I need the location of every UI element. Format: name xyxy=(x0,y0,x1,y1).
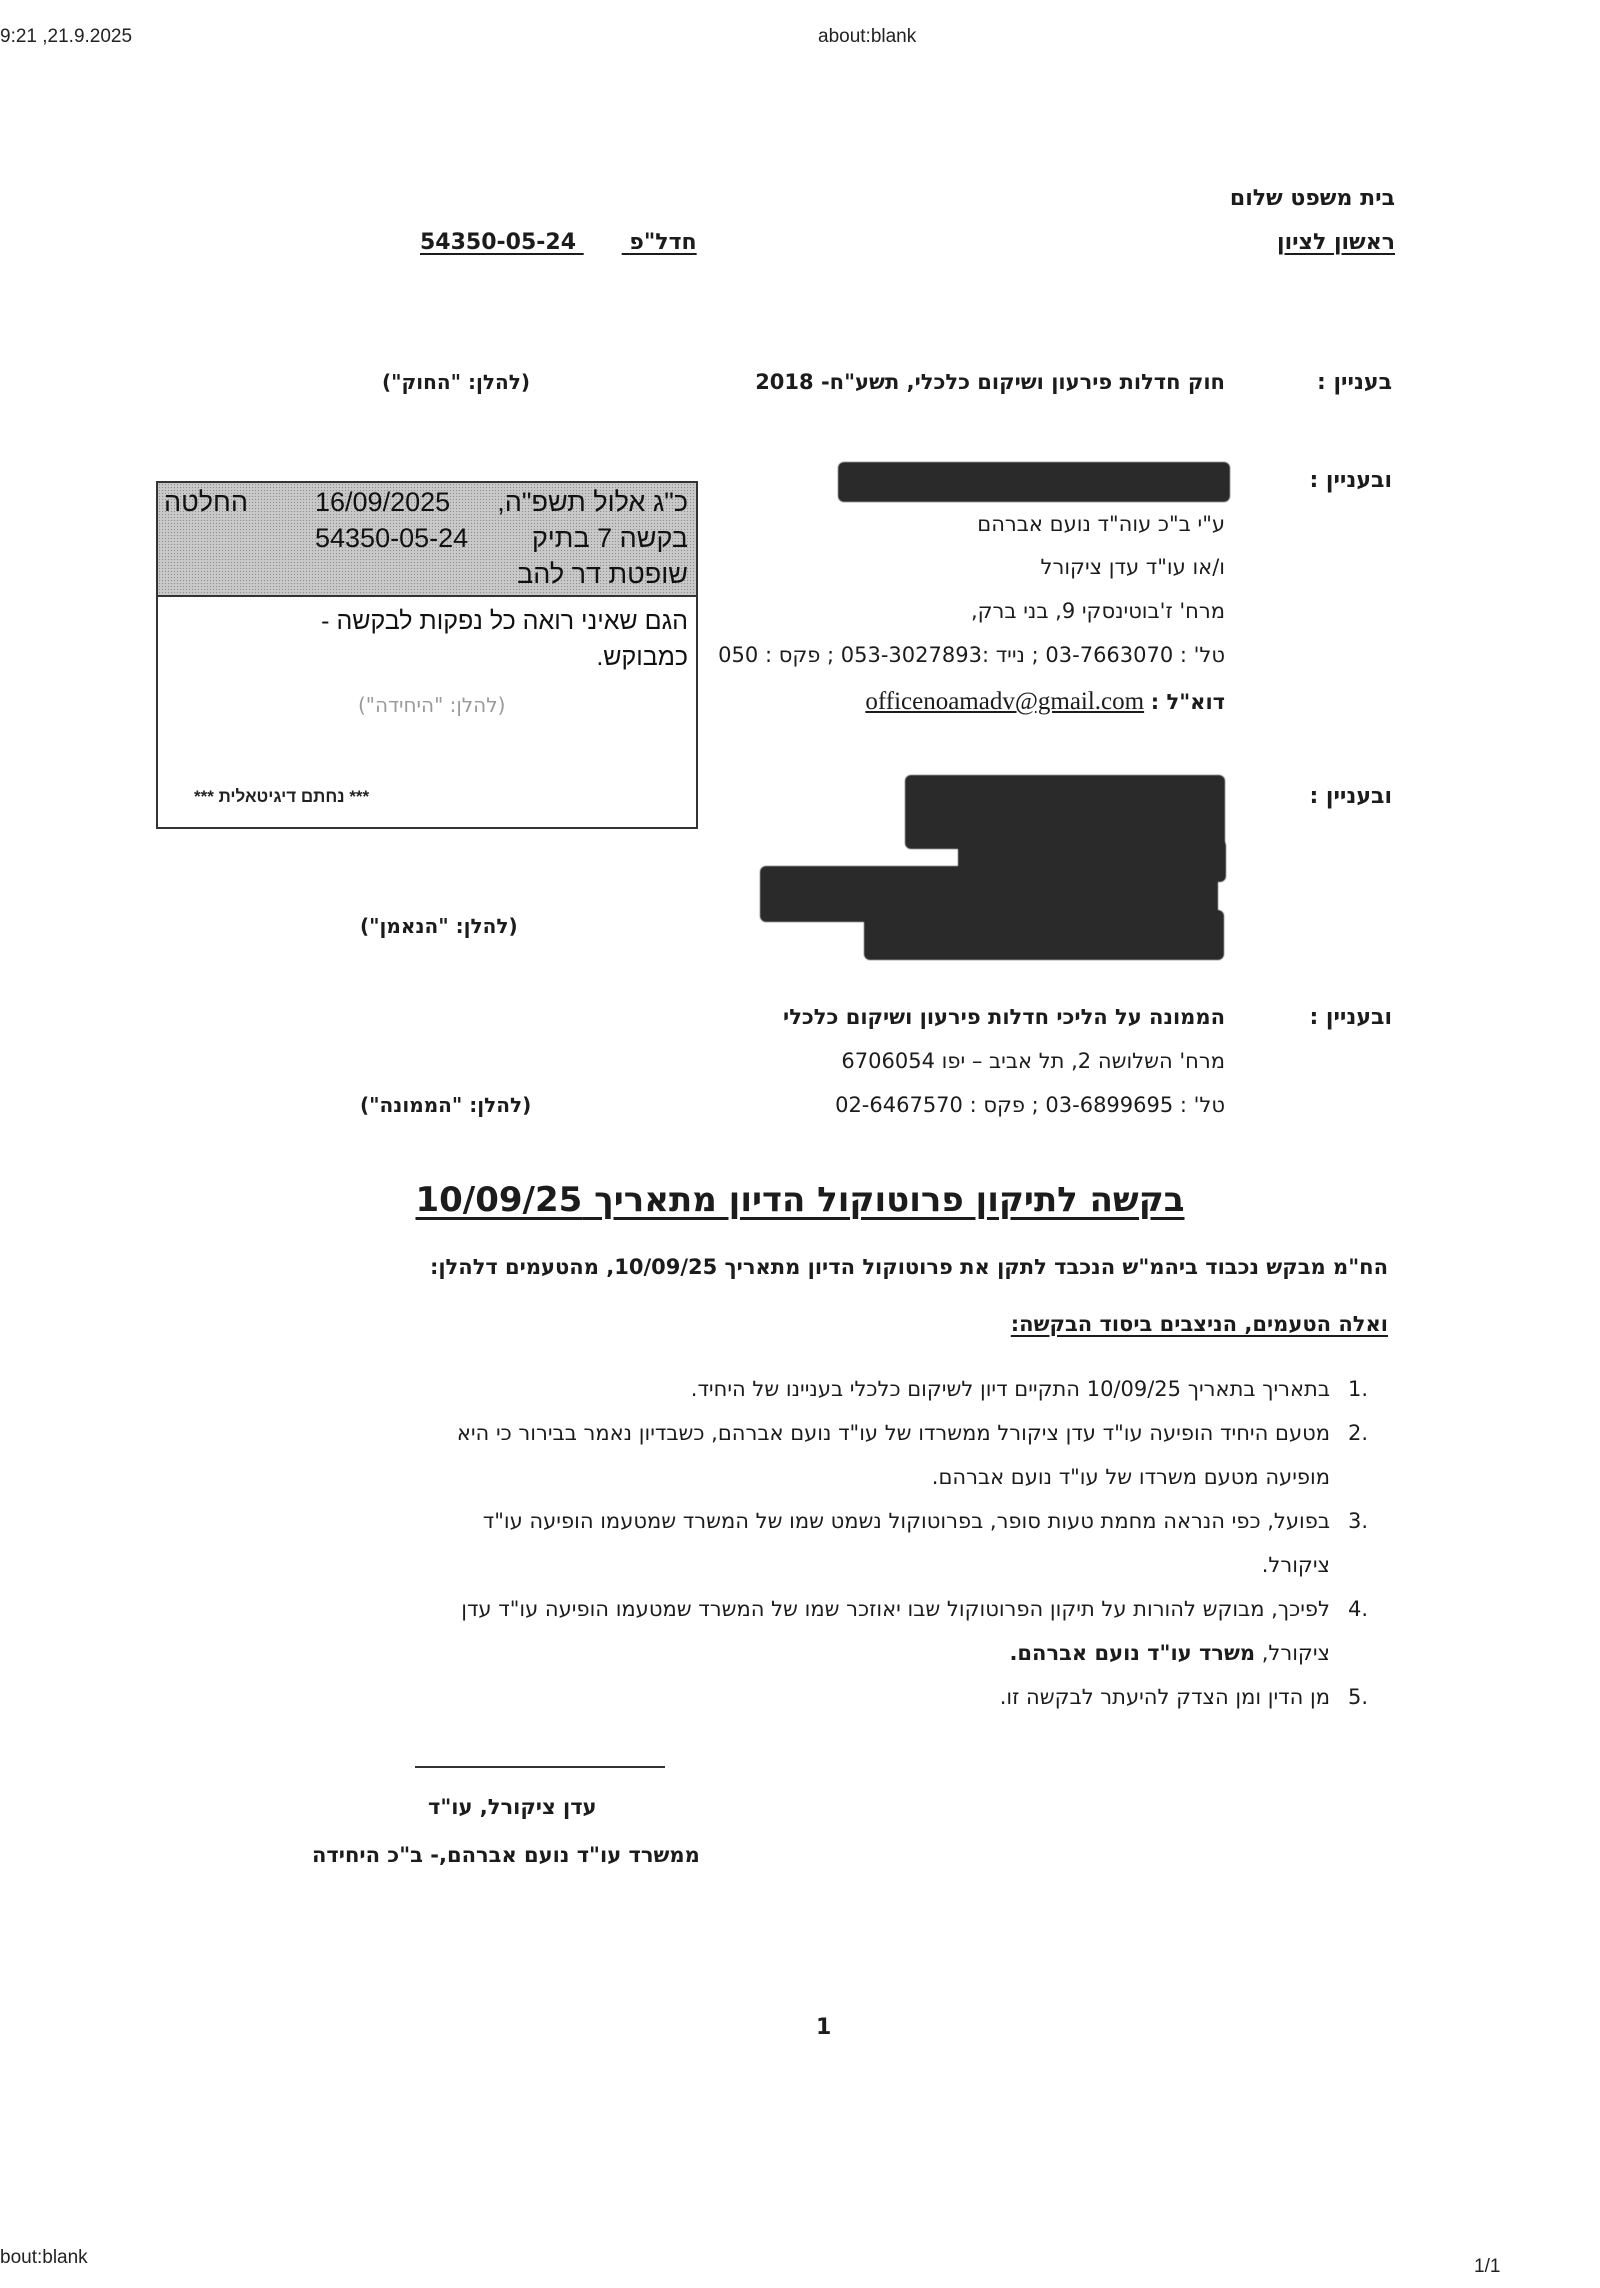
stamp-date: 16/09/2025 xyxy=(315,487,450,518)
individual-counsel-1: ע"י ב"כ עוה"ד נועם אברהם xyxy=(977,512,1225,536)
item-5-text: מן הדין ומן הצדק להיעתר לבקשה זו. xyxy=(1000,1685,1330,1709)
item-3-text-line-1: בפועל, כפי הנראה מחמת טעות סופר, בפרוטוק… xyxy=(483,1509,1330,1533)
signatory-name: עדן ציקורל, עו"ד xyxy=(428,1795,597,1819)
print-url: bout:blank xyxy=(0,2247,88,2269)
receiver-title: הממונה על הליכי חדלות פירעון ושיקום כלכל… xyxy=(783,1005,1225,1029)
court-location: ראשון לציון xyxy=(1277,230,1395,255)
receiver-address: מרח' השלושה 2, תל אביב – יפו 6706054 xyxy=(841,1049,1225,1073)
item-4-text-bold: משרד עו"ד נועם אברהם. xyxy=(1009,1641,1255,1665)
item-3-number: 3. xyxy=(1348,1509,1368,1533)
stamp-date-hebrew: כ"ג אלול תשפ"ה, xyxy=(497,487,688,518)
individual-email-row: דוא"ל : officenoamadv@gmail.com xyxy=(865,688,1225,716)
stamp-case-number: 54350-05-24 xyxy=(315,523,468,554)
stamp-header: כ"ג אלול תשפ"ה, 16/09/2025 החלטה בקשה 7 … xyxy=(158,483,696,597)
page-number: 1 xyxy=(816,2015,831,2040)
stamp-digital-signature: *** נחתם דיגיטאלית *** xyxy=(194,787,369,807)
redacted-trustee-name xyxy=(905,775,1225,849)
individual-counsel-2: ו/או עו"ד עדן ציקורל xyxy=(1041,555,1225,579)
case-reference: חדל"פ 54350-05-24 xyxy=(420,230,697,255)
court-name: בית משפט שלום xyxy=(1230,186,1395,211)
hereinafter-receiver: (להלן: "הממונה") xyxy=(360,1093,531,1117)
print-datetime: 9:21 ,21.9.2025 xyxy=(0,26,132,48)
item-4-number: 4. xyxy=(1348,1597,1368,1621)
hereinafter-trustee: (להלן: "הנאמן") xyxy=(360,914,518,938)
law-title: חוק חדלות פירעון ושיקום כלכלי, תשע"ח- 20… xyxy=(755,370,1225,394)
item-2-text-line-1: מטעם היחיד הופיעה עו"ד עדן ציקורל ממשרדו… xyxy=(457,1421,1330,1445)
email-label: דוא"ל : xyxy=(1151,690,1225,714)
signature-line xyxy=(415,1766,665,1768)
signatory-office: ממשרד עו"ד נועם אברהם,- ב"כ היחידה xyxy=(312,1843,700,1867)
item-3-text-line-2: ציקורל. xyxy=(1262,1553,1330,1577)
request-intro: הח"מ מבקש נכבוד ביהמ"ש הנכבד לתקן את פרו… xyxy=(430,1255,1388,1279)
case-label: חדל"פ xyxy=(629,230,696,255)
individual-address: מרח' ז'בוטינסקי 9, בני ברק, xyxy=(971,599,1225,623)
reasons-heading: ואלה הטעמים, הניצבים ביסוד הבקשה: xyxy=(1011,1312,1388,1336)
party-label-trustee: ובעניין : xyxy=(1309,784,1392,809)
print-page-title: about:blank xyxy=(818,26,916,48)
receiver-phones: טל' : 03-6899695 ; פקס : 02-6467570 xyxy=(835,1093,1225,1117)
item-4-text-line-2: ציקורל, משרד עו"ד נועם אברהם. xyxy=(1009,1641,1330,1665)
stamp-judge: שופטת דר להב xyxy=(517,559,688,590)
decision-text-line-1: הגם שאיני רואה כל נפקות לבקשה - xyxy=(321,607,688,636)
item-4-text-line-1: לפיכך, מבוקש להורות על תיקון הפרוטוקול ש… xyxy=(461,1597,1330,1621)
redacted-trustee-email xyxy=(864,910,1224,960)
party-label-law: בעניין : xyxy=(1317,370,1392,395)
court-decision-stamp: כ"ג אלול תשפ"ה, 16/09/2025 החלטה בקשה 7 … xyxy=(156,481,698,829)
individual-phones: טל' : 03-7663070 ; נייד :053-3027893 ; פ… xyxy=(718,643,1225,667)
hereinafter-individual: (להלן: "היחידה") xyxy=(358,693,505,717)
hereinafter-law: (להלן: "החוק") xyxy=(382,370,530,394)
item-2-number: 2. xyxy=(1348,1421,1368,1445)
party-label-receiver: ובעניין : xyxy=(1309,1005,1392,1030)
email-link[interactable]: officenoamadv@gmail.com xyxy=(865,688,1144,715)
request-title: בקשה לתיקון פרוטוקול הדיון מתאריך 10/09/… xyxy=(0,1180,1600,1220)
item-5-number: 5. xyxy=(1348,1685,1368,1709)
stamp-title: החלטה xyxy=(164,487,248,518)
item-4-text-plain: ציקורל, xyxy=(1262,1641,1330,1665)
item-2-text-line-2: מופיעה מטעם משרדו של עו"ד נועם אברהם. xyxy=(932,1465,1330,1489)
stamp-request-line: בקשה 7 בתיק xyxy=(532,523,688,554)
case-number: 54350-05-24 xyxy=(420,230,576,255)
item-1-number: 1. xyxy=(1348,1377,1368,1401)
decision-text-line-2: כמבוקש. xyxy=(596,643,688,672)
party-label-individual: ובעניין : xyxy=(1309,468,1392,493)
item-1-text: בתאריך בתאריך 10/09/25 התקיים דיון לשיקו… xyxy=(691,1377,1330,1401)
redacted-individual-name xyxy=(838,462,1230,502)
print-page-count: 1/1 xyxy=(1474,2256,1500,2278)
